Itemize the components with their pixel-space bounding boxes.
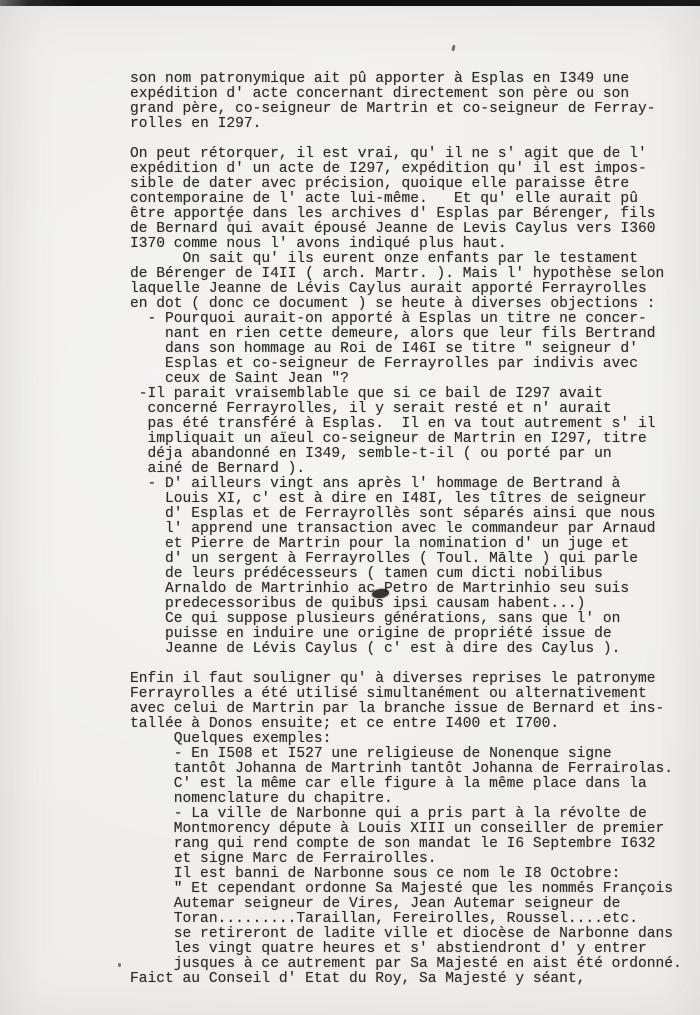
typewritten-text: son nom patronymique ait pû apporter à E…: [130, 72, 682, 987]
scan-speck: [451, 45, 455, 51]
scan-speck: [228, 217, 232, 222]
scan-edge-band: [0, 0, 700, 6]
scan-speck: [118, 963, 121, 967]
scanned-page: son nom patronymique ait pû apporter à E…: [0, 0, 700, 1015]
